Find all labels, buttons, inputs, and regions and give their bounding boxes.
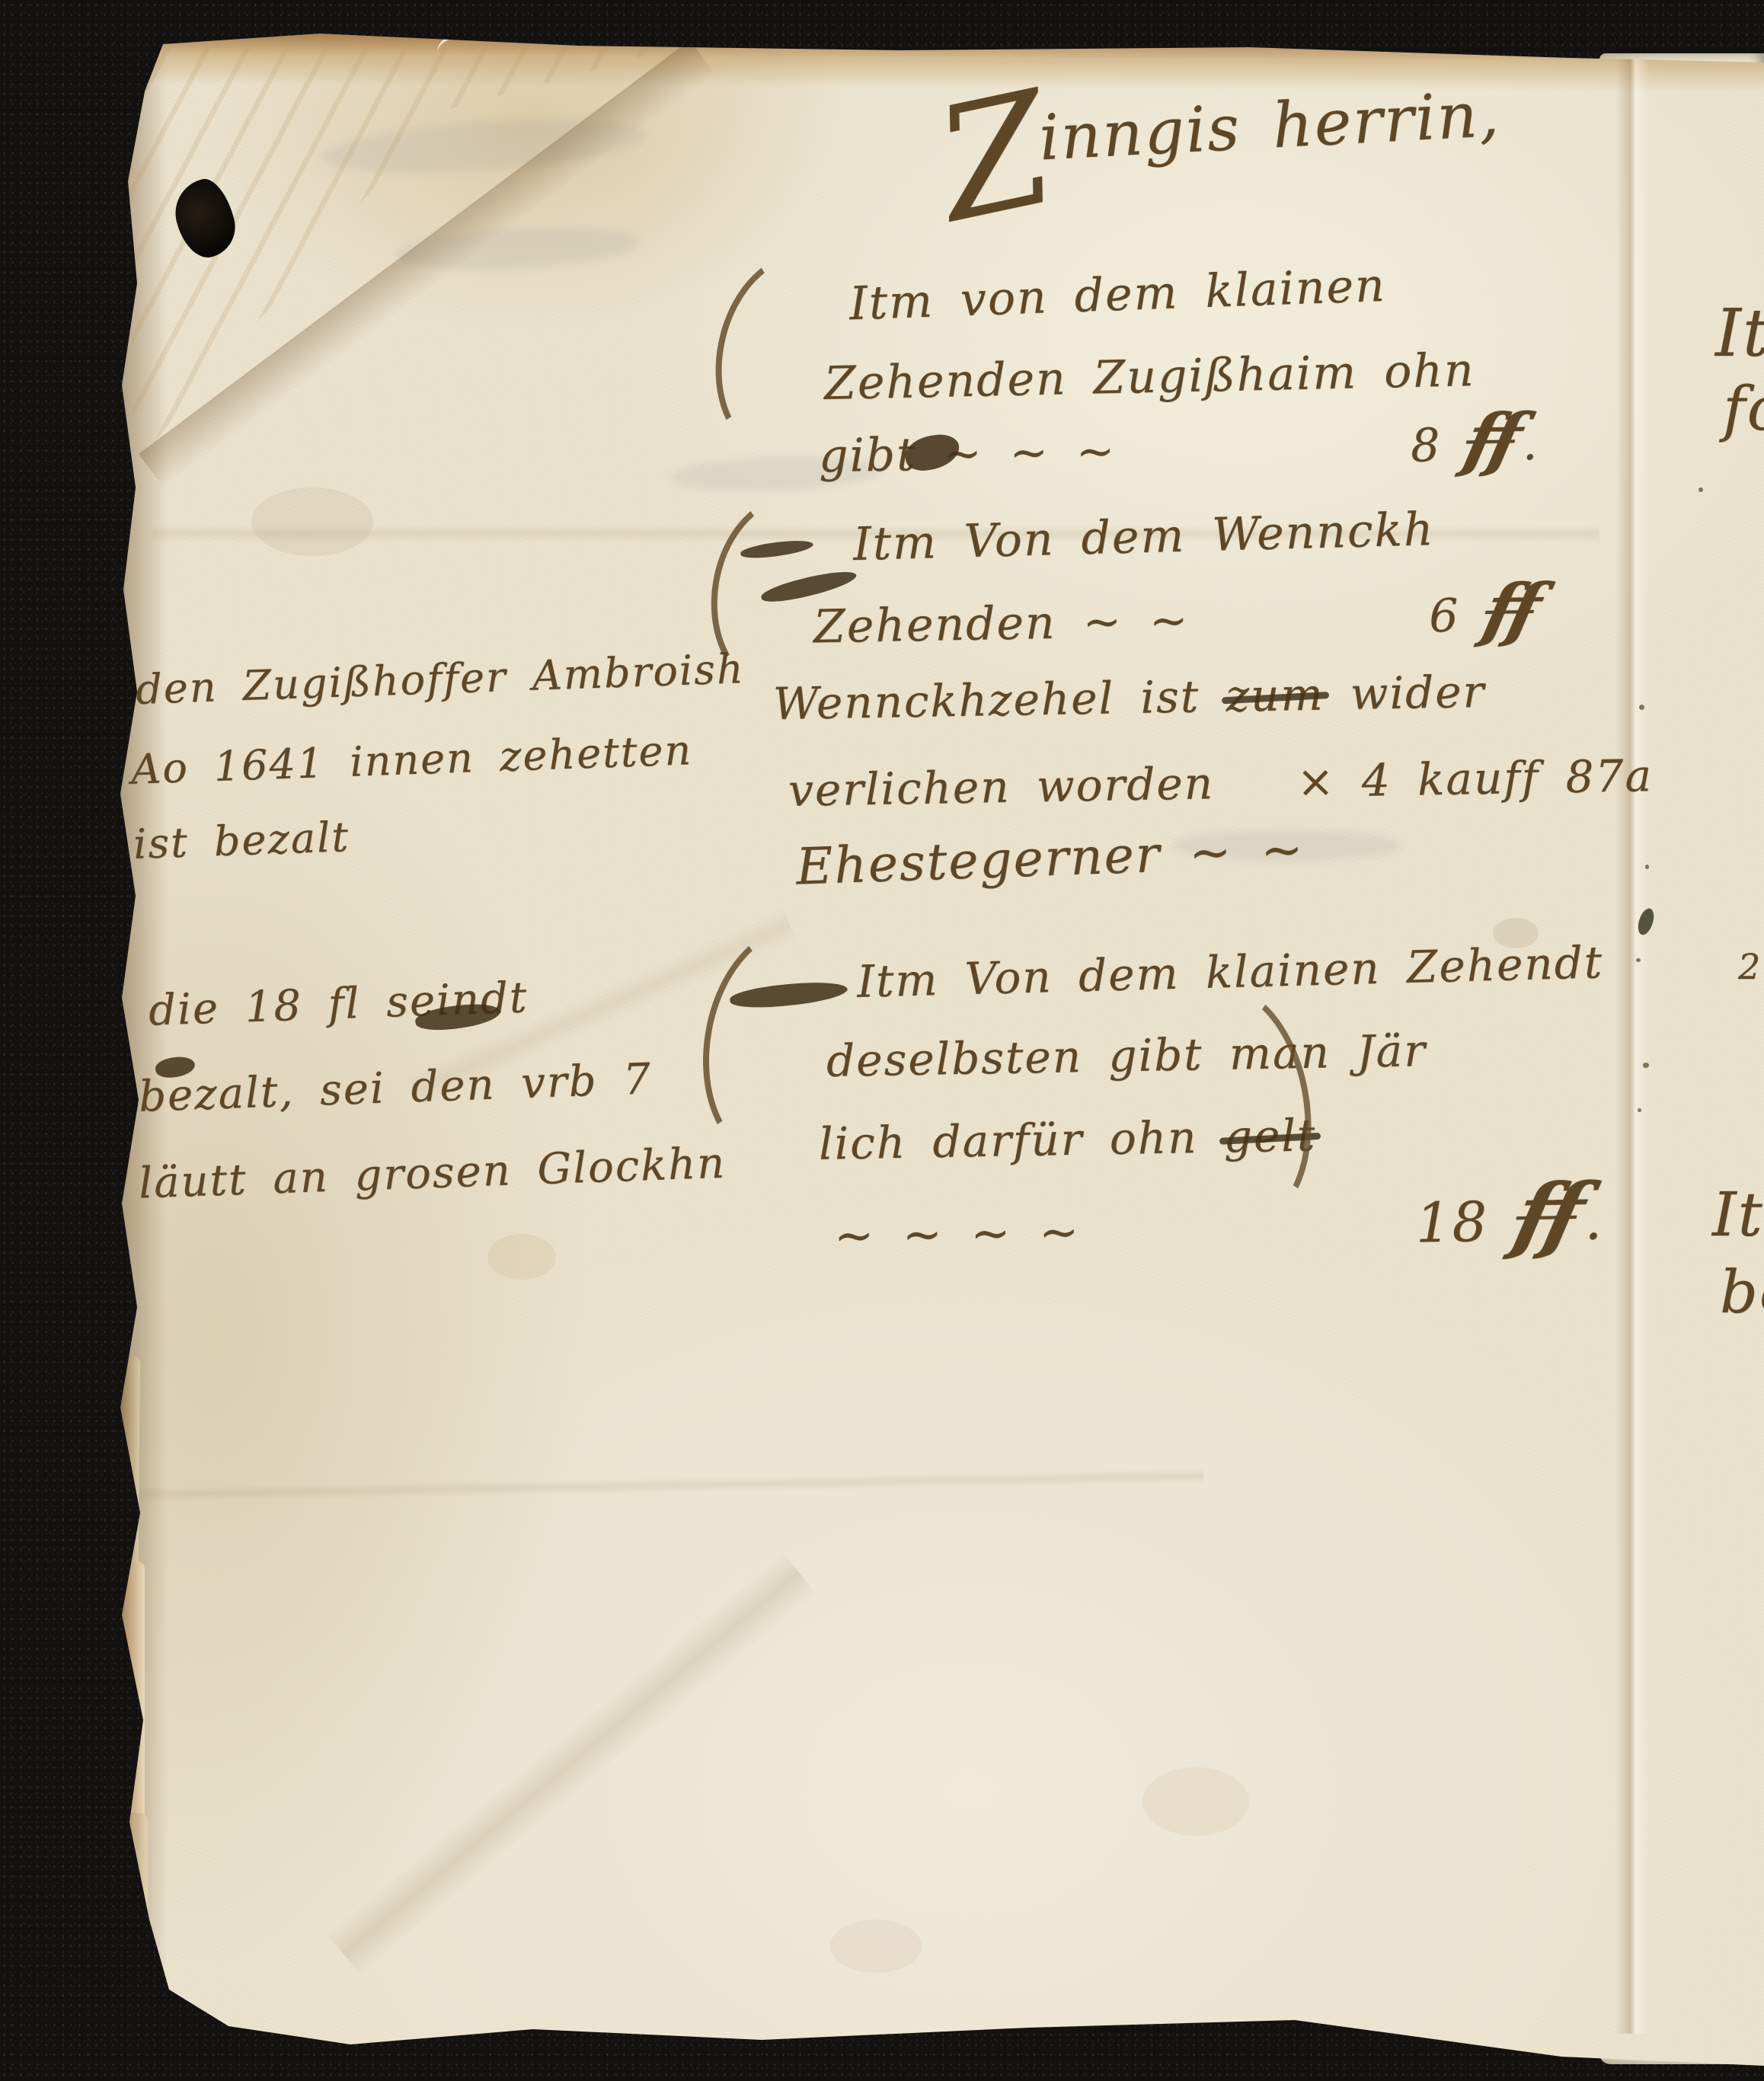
stain [830,1920,922,1973]
amount-value: 8 [1411,419,1442,473]
amount: 8 ff. [1411,417,1539,473]
entry-line: Itm Von dem Wennckh [852,503,1435,571]
ink-speck [1698,487,1703,492]
sheet: Zinngis herrin, Itm von dem klainen Zehe… [0,0,1764,2081]
edge-fragment: Itm [1712,1179,1764,1250]
manuscript-page: Zinngis herrin, Itm von dem klainen Zehe… [0,0,1764,2081]
amount-suffix [1540,588,1541,641]
entry-note: × 4 kauff 87a [1296,750,1653,807]
entry-line: verlichen worden × 4 kauff 87a [788,750,1653,817]
edge-fragment: 2 [1738,946,1762,987]
amount-suffix: . [1522,417,1539,471]
stain [251,487,373,556]
entry-text: Zehenden ~ ~ [813,594,1189,654]
margin-note-line: bezalt, sei den vrb 7 [138,1054,653,1121]
entry-line-struck: Wennckhzehel ist zum wider [772,666,1485,730]
edge-fragment: Itm [1715,296,1764,372]
entry-text: gibt ~ ~ ~ [818,424,1116,483]
ink-speck [1638,1108,1641,1112]
margin-note-line: den Zugißhoffer Ambroish [135,644,745,714]
struck-word: zum [1226,669,1325,722]
ink-speck [1645,865,1649,869]
entry-text: wider [1324,666,1486,721]
leaf-edge [111,1356,140,2057]
leaf-edge [116,1813,148,2057]
margin-note-line: Ao 1641 innen zehetten [130,726,693,794]
entry-text: Wennckhzehel ist [772,670,1226,730]
stain [1142,1767,1249,1836]
entry-text: ~ ~ ~ ~ [834,1204,1081,1264]
pound-symbol: ff [1467,439,1521,440]
amount: 18 ff. [1415,1188,1604,1255]
stain [487,1234,556,1280]
leaf-edge [125,1562,145,2057]
entry-line: deselbsten gibt man Jär [826,1025,1427,1087]
entry-line: Zehenden Zugißhaim ohn [823,344,1475,411]
margin-note-line: läutt an grosen Glockhn [138,1139,727,1209]
heading-text: inngis herrin, [1037,78,1502,175]
amount-value: 6 [1429,590,1460,644]
margin-note-line: ist bezalt [133,813,350,868]
amount: 6 ff [1429,588,1542,644]
amount-value: 18 [1415,1190,1489,1255]
heading: Zinngis herrin, [938,77,1504,216]
entry-line: Itm von dem klainen [848,259,1387,331]
edge-fragment: be [1720,1258,1764,1327]
entry-line: Ehestegerner ~ ~ [795,820,1305,896]
ink-speck [1643,1063,1649,1068]
pound-symbol: ff [1485,609,1539,610]
manuscript-photo: Zinngis herrin, Itm von dem klainen Zehe… [0,0,1764,2081]
edge-fragment: fo [1723,373,1764,444]
horizontal-crease [137,1469,1203,1502]
diagonal-crease [327,1552,816,1975]
entry-amount-line: Zehenden ~ ~ 6 ff [813,588,1541,654]
ink-speck [1636,958,1641,962]
heading-initial: Z [931,93,1061,222]
entry-text: lich darfür ohn [818,1111,1224,1169]
vertical-crease [1616,53,1650,2034]
pound-symbol: ff [1517,1214,1583,1216]
amount-suffix: . [1583,1188,1603,1251]
entry-text: verlichen worden [788,757,1214,817]
ink-speck [1639,705,1644,710]
